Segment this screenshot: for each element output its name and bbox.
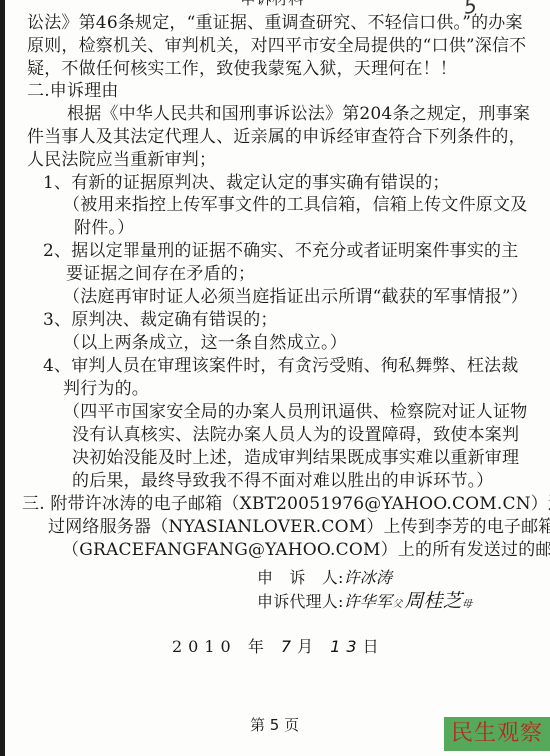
list-note: 的后果，最终导致我不得不面对难以胜出的申诉环节。） [72, 470, 494, 492]
agent-signature-2: 周桂芝 [404, 590, 462, 612]
list-note: （法庭再审时证人必须当庭指证出示所谓“截获的军事情报”） [63, 286, 528, 308]
section-heading: 三. 附带许冰涛的电子邮箱（XBT20051976@YAHOO.COM.CN）通 [22, 493, 550, 515]
list-item: 2、据以定罪量刑的证据不确实、不充分或者证明案件事实的主 [43, 240, 518, 262]
list-item: 判行为的。 [63, 378, 149, 400]
date-day: 13 [330, 637, 362, 656]
body-line: 讼法》第46条规定，“重证据、重调查研究、不轻信口供。”的办案 [27, 12, 523, 34]
list-note: 决初始没能及时上述，造成审判结果既成事实难以重新审理 [72, 447, 519, 469]
section-heading: 二.申诉理由 [27, 80, 119, 102]
agent-label: 申诉代理人: [257, 592, 344, 611]
appellant-label: 申 诉 人: [257, 568, 344, 587]
date-day-unit: 日 [363, 637, 385, 656]
list-item: 要证据之间存在矛盾的； [66, 263, 255, 285]
body-line: 根据《中华人民共和国刑事诉讼法》第204条之规定，刑事案 [67, 103, 530, 125]
agent-relation-1: 父 [392, 599, 402, 610]
body-line: 人民法院应当重新审判； [27, 149, 216, 171]
document-page: 申诉材料 5 讼法》第46条规定，“重证据、重调查研究、不轻信口供。”的办案 原… [0, 0, 550, 756]
body-line: 疑，不做任何核实工作，致使我蒙冤入狱，天理何在！！ [27, 58, 457, 80]
signature-appellant: 申 诉 人:许冰涛 [257, 567, 392, 589]
list-item: 1、有新的证据原判决、裁定认定的事实确有错误的； [43, 172, 450, 194]
date-month: 7 [281, 637, 297, 656]
watermark-badge: 民生观察 [444, 717, 550, 751]
list-note: 没有认真核实、法院办案人员人为的设置障碍，致使本案判 [72, 424, 519, 446]
list-note: （四平市国家安全局的办案人员刑讯逼供、检察院对证人证物 [63, 401, 527, 423]
agent-relation-2: 母 [462, 599, 472, 610]
appellant-signature: 许冰涛 [344, 568, 393, 587]
body-line: 件当事人及其法定代理人、近亲属的申诉经审查符合下列条件的， [27, 126, 526, 148]
header-title: 申诉材料 [240, 0, 304, 9]
date-year-unit: 年 [248, 637, 270, 656]
list-item: 3、原判决、裁定确有错误的； [43, 309, 278, 331]
list-item: 4、审判人员在审理该案件时，有贪污受贿、徇私舞弊、枉法裁 [43, 355, 518, 377]
page-number: 第 5 页 [250, 714, 299, 735]
list-note: （被用来指控上传军事文件的工具信箱，信箱上传文件原文及 [63, 194, 527, 216]
body-line: 过网络服务器（NYASIANLOVER.COM）上传到李芳的电子邮箱 [48, 516, 550, 538]
body-line: （GRACEFANGFANG@YAHOO.COM）上的所有发送过的邮件。 [62, 539, 550, 561]
date-year: 2010 [172, 637, 237, 656]
list-note: 附件。） [74, 217, 134, 239]
list-note: （以上两条成立，这一条自然成立。） [63, 332, 347, 354]
body-line: 原则，检察机关、审判机关，对四平市安全局提供的“口供”深信不 [27, 35, 526, 57]
agent-signature-1: 许华军 [344, 592, 393, 611]
signature-agent: 申诉代理人:许华军父周桂芝母 [257, 590, 472, 616]
date: 2010 年 7月 13日 [172, 636, 385, 658]
date-month-unit: 月 [297, 637, 319, 656]
